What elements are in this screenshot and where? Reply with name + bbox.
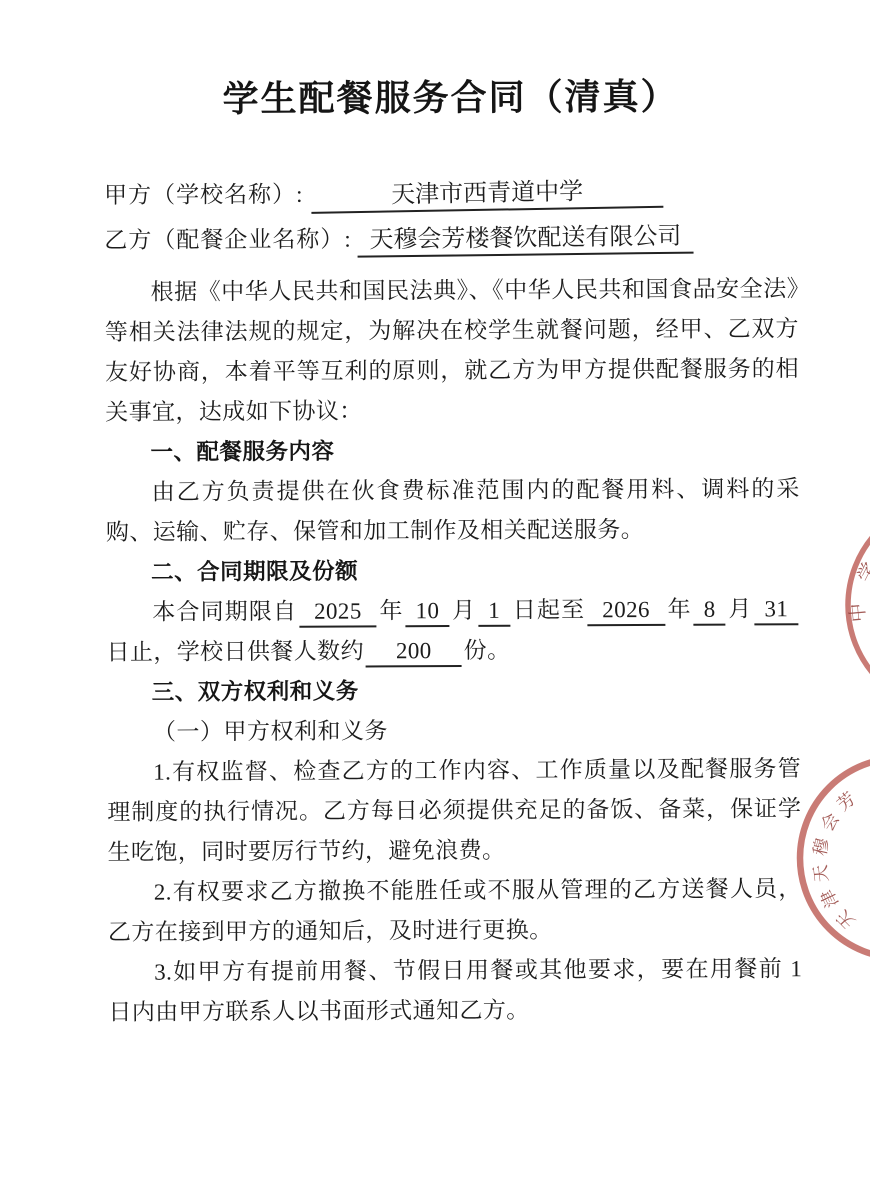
clause-3: 3.如甲方有提前用餐、节假日用餐或其他要求，要在用餐前 1 日内由甲方联系人以书… (108, 949, 802, 1033)
end-year-field: 2026 (587, 596, 665, 626)
year-label-2: 年 (667, 597, 692, 622)
party-b-label: 乙方（配餐企业名称）: (104, 227, 352, 253)
daily-meals-field: 200 (366, 637, 462, 668)
meals-unit: 份。 (464, 638, 511, 663)
party-b-value: 天穆会芳楼餐饮配送有限公司 (358, 222, 694, 258)
start-day-field: 1 (478, 597, 510, 627)
end-day-field: 31 (754, 595, 798, 625)
preamble-paragraph: 根据《中华人民共和国民法典》、《中华人民共和国食品安全法》等相关法律法规的规定，… (105, 269, 800, 433)
section-1-heading: 一、配餐服务内容 (105, 429, 799, 473)
school-seal-char-1: 中 (846, 602, 870, 623)
month-label-2: 月 (728, 596, 753, 621)
party-b-line: 乙方（配餐企业名称）:天穆会芳楼餐饮配送有限公司 (104, 214, 798, 263)
school-seal-stamp: 中 学 (846, 499, 870, 711)
party-a-label: 甲方（学校名称）: (104, 182, 304, 208)
section-3-subheading: （一）甲方权利和义务 (107, 709, 801, 753)
end-month-field: 8 (694, 596, 726, 626)
term-prefix: 本合同期限自 (152, 599, 297, 625)
company-seal-ring (800, 758, 870, 958)
start-year-field: 2025 (299, 597, 377, 627)
company-seal-text: 天津天穆会芳 (809, 784, 865, 933)
section-3-heading: 三、双方权利和义务 (107, 669, 801, 713)
page-title: 学生配餐服务合同（清真） (103, 68, 797, 123)
section-1-body: 由乙方负责提供在伙食费标准范围内的配餐用料、调料的采购、运输、贮存、保管和加工制… (106, 469, 800, 553)
clause-1: 1.有权监督、检查乙方的工作内容、工作质量以及配餐服务管理制度的执行情况。乙方每… (107, 749, 802, 873)
contract-page: 学生配餐服务合同（清真） 甲方（学校名称）:天津市西青道中学 乙方（配餐企业名称… (0, 0, 870, 1194)
contract-term-line: 本合同期限自2025年10月1日起至2026年8月31日止，学校日供餐人数约20… (106, 589, 800, 673)
month-label-1: 月 (451, 598, 476, 623)
term-tail: 日止，学校日供餐人数约 (106, 638, 364, 664)
year-label-1: 年 (379, 598, 404, 623)
term-middle: 日起至 (512, 597, 585, 622)
start-month-field: 10 (405, 597, 449, 627)
school-seal-ring (848, 499, 870, 711)
contract-content: 学生配餐服务合同（清真） 甲方（学校名称）:天津市西青道中学 乙方（配餐企业名称… (103, 68, 802, 1033)
section-2-heading: 二、合同期限及份额 (106, 549, 800, 593)
clause-2: 2.有权要求乙方撤换不能胜任或不服从管理的乙方送餐人员，乙方在接到甲方的通知后，… (108, 869, 802, 953)
company-seal-stamp: 天津天穆会芳 (800, 758, 870, 958)
school-seal-char-2: 学 (853, 559, 870, 586)
party-a-value: 天津市西青道中学 (311, 176, 664, 214)
party-a-line: 甲方（学校名称）:天津市西青道中学 (104, 169, 798, 218)
